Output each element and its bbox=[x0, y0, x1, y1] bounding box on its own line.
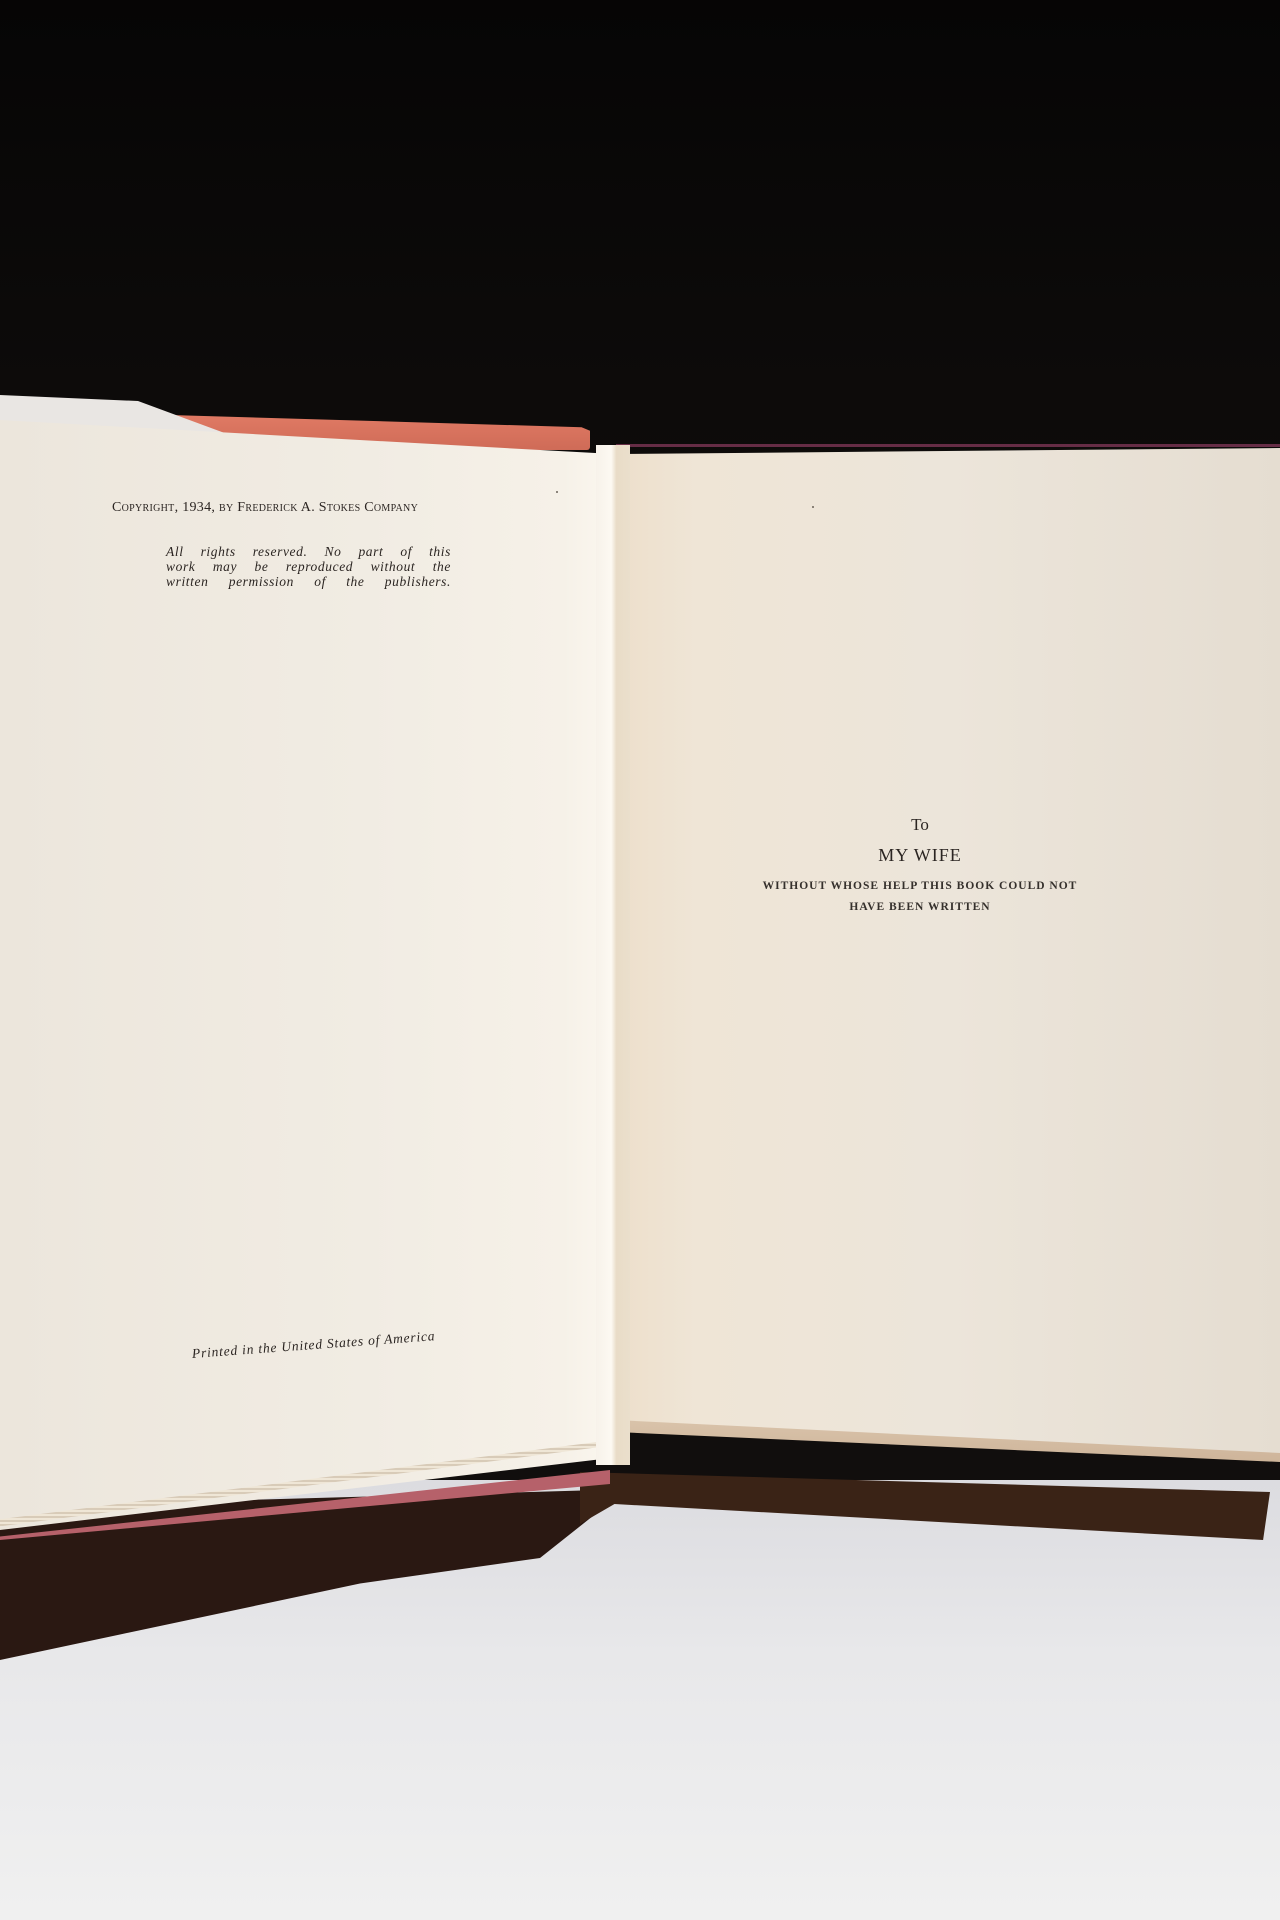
dedication-line: HAVE BEEN WRITTEN bbox=[720, 897, 1120, 918]
paper-speck bbox=[556, 491, 558, 493]
paper-speck bbox=[812, 506, 814, 508]
rights-line: written permission of the publishers. bbox=[166, 574, 451, 589]
dedication-name: MY WIFE bbox=[720, 845, 1120, 866]
rights-line: All rights reserved. No part of this bbox=[166, 544, 451, 559]
copyright-line: Copyright, 1934, by Frederick A. Stokes … bbox=[112, 500, 512, 516]
dedication-line: WITHOUT WHOSE HELP THIS BOOK COULD NOT bbox=[720, 876, 1120, 897]
dedication-block: To MY WIFE WITHOUT WHOSE HELP THIS BOOK … bbox=[720, 815, 1120, 918]
rights-line: work may be reproduced without the bbox=[166, 559, 451, 574]
book-gutter bbox=[596, 445, 630, 1465]
rights-reserved-notice: All rights reserved. No part of this wor… bbox=[166, 544, 451, 589]
dedication-to: To bbox=[720, 815, 1120, 835]
right-page-top-edge bbox=[616, 444, 1280, 447]
right-page-dedication bbox=[616, 448, 1280, 1456]
